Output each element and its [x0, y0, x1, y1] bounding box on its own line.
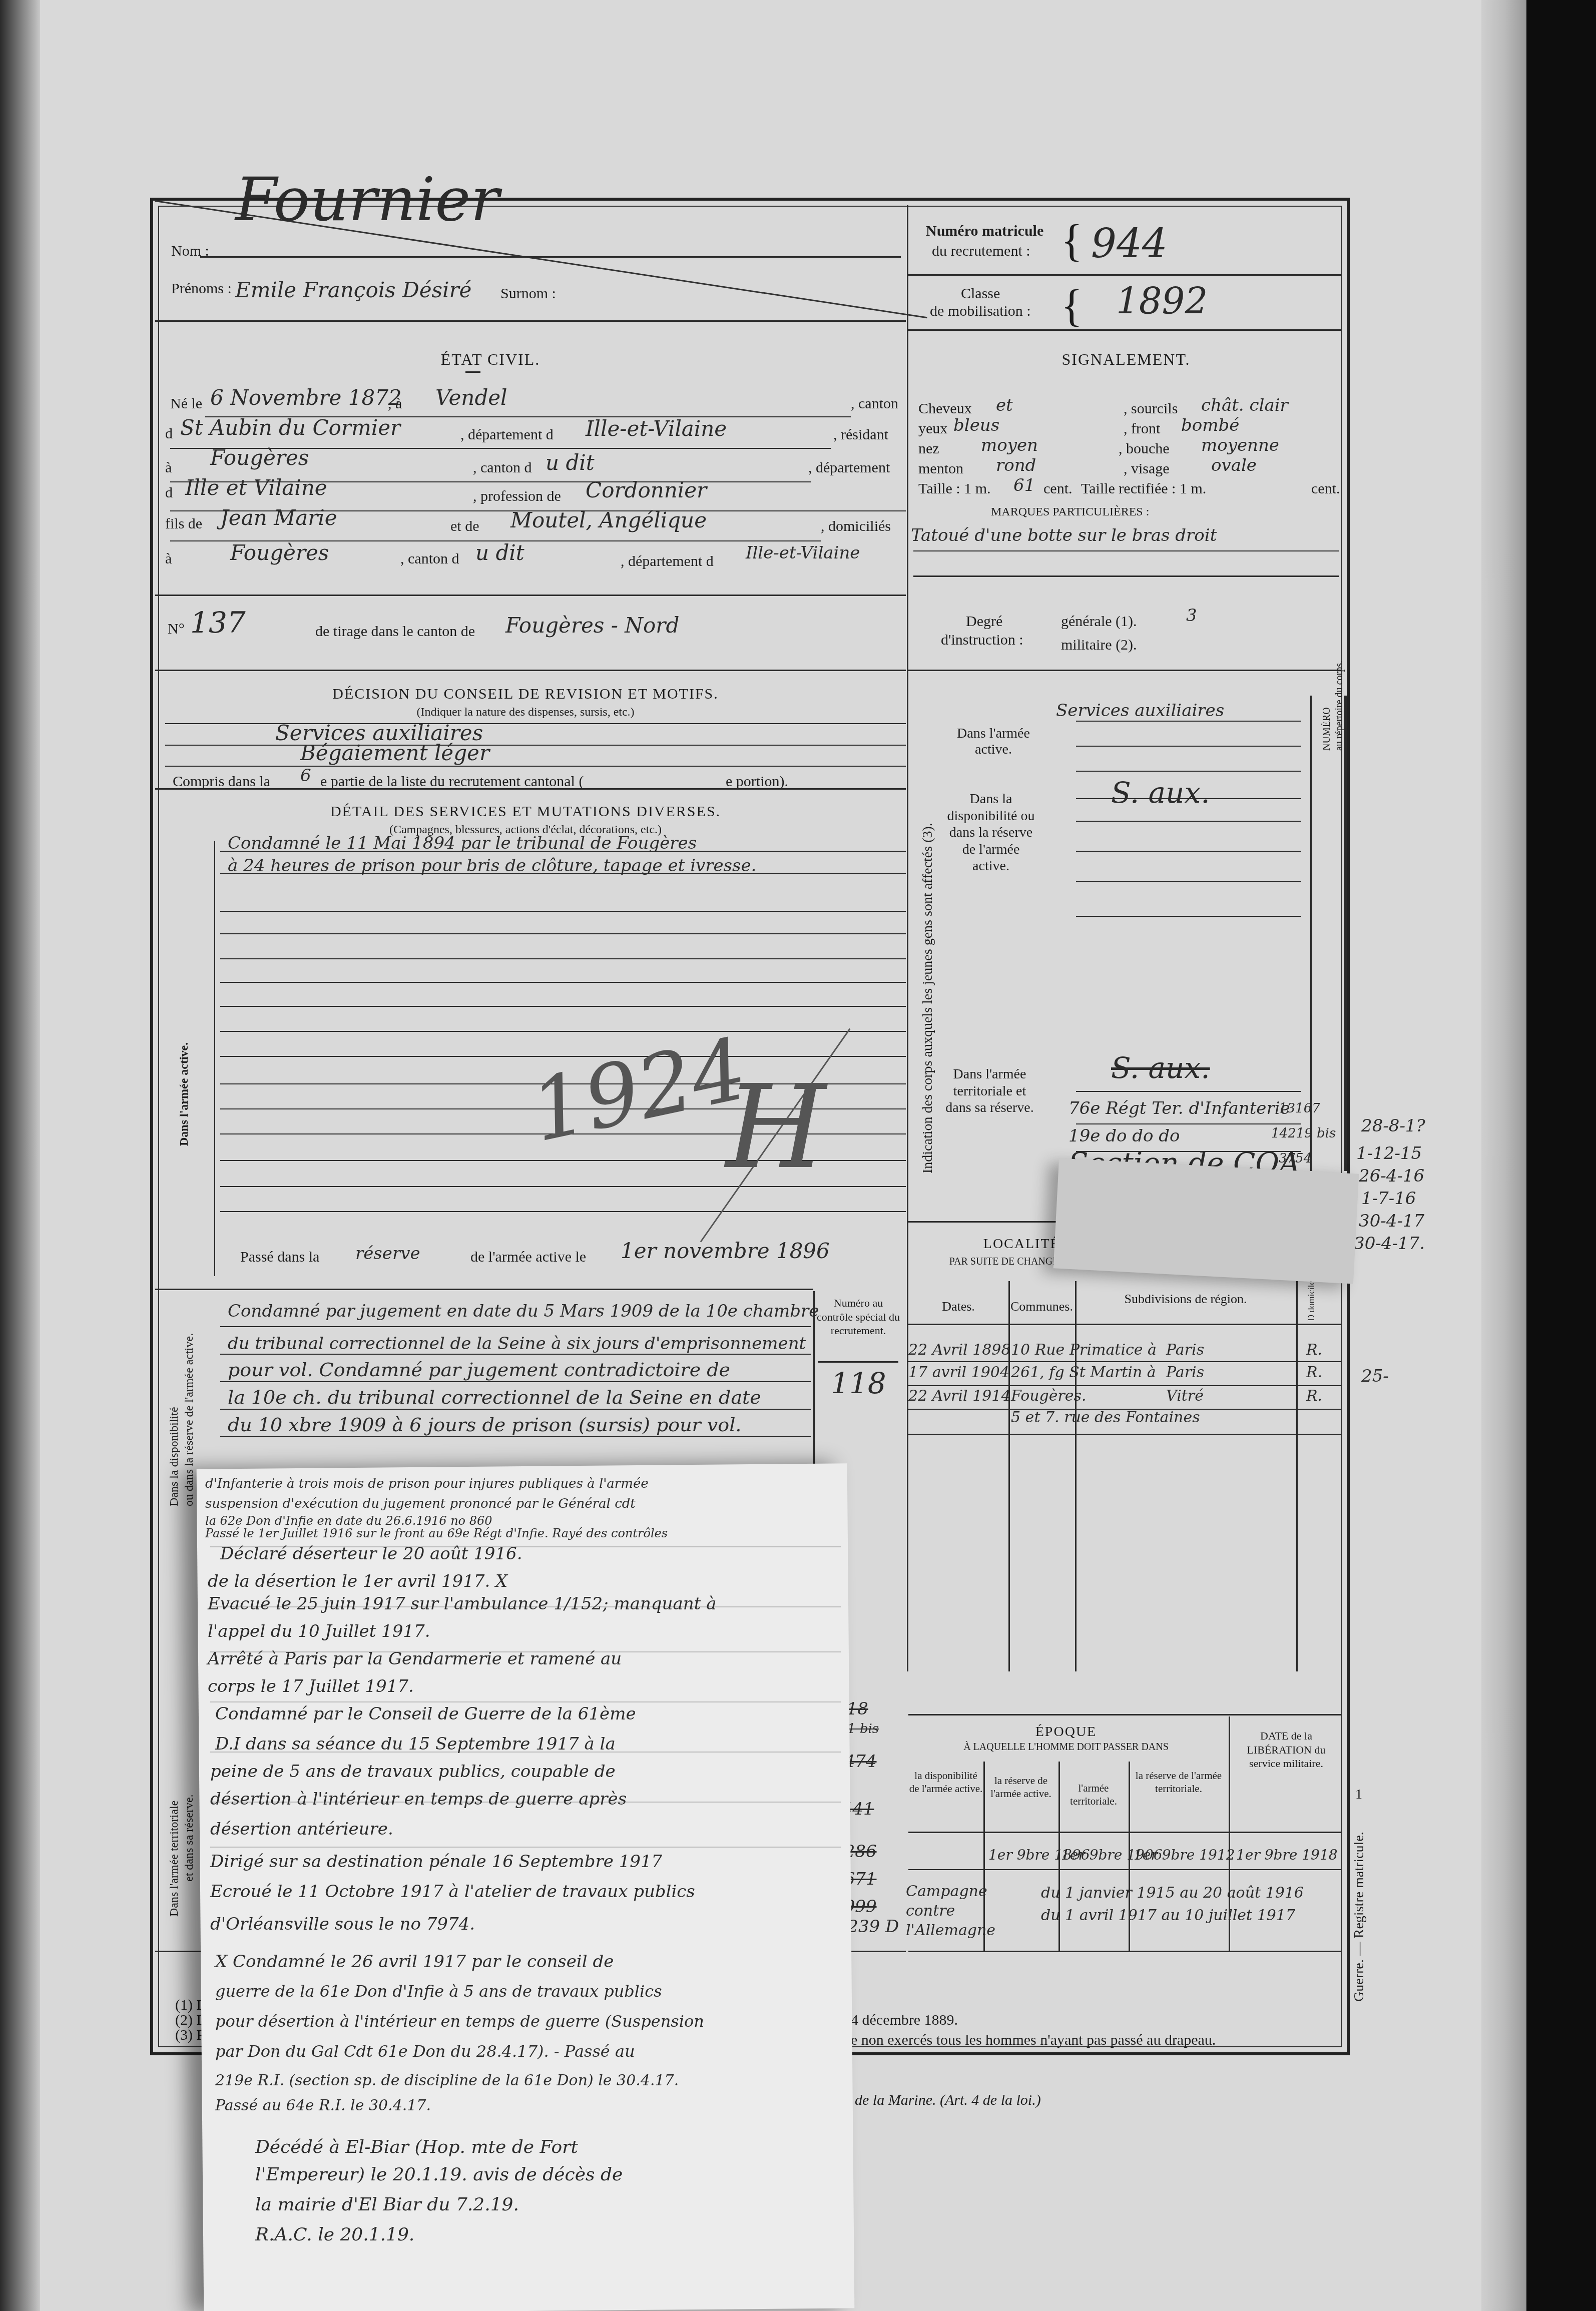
visage-value: ovale: [1211, 455, 1257, 475]
loc-row-2-dr: R.: [1306, 1364, 1322, 1381]
liberation-header: DATE de la LIBÉRATION du service militai…: [1231, 1729, 1341, 1771]
table-divider: [1008, 1281, 1010, 1671]
departement2-value: Ille et Vilaine: [185, 475, 327, 500]
territoriale-corps-1: 76e Régt Ter. d'Infanterie: [1069, 1098, 1290, 1118]
taille-value: 61: [1013, 475, 1035, 495]
epoque-col-3: l'armée territoriale.: [1058, 1782, 1129, 1808]
dispo-line-4: la 10e ch. du tribunal correctionnel de …: [228, 1386, 761, 1408]
loc-row-1-dr: R.: [1306, 1341, 1322, 1359]
passe-date: 1er novembre 1896: [621, 1239, 830, 1263]
epoque-title: ÉPOQUE: [906, 1724, 1226, 1740]
classe-divider: [908, 329, 1341, 331]
epoque-value-4: 1er 9bre 1912: [1134, 1847, 1235, 1863]
passe-label: Passé dans la: [240, 1249, 319, 1266]
margin-date-5: 30-4-17: [1359, 1211, 1424, 1231]
slip-line-11: Condamné par le Conseil de Guerre de la …: [215, 1704, 636, 1724]
pere-value: Jean Marie: [220, 505, 337, 530]
territoriale-numero-1: 13167: [1279, 1101, 1320, 1116]
etat-civil-title: ÉTAT CIVIL.: [265, 350, 716, 369]
field-line: [165, 745, 906, 746]
canton-label: , canton: [851, 395, 898, 412]
bouche-label: , bouche: [1119, 440, 1170, 457]
departement-label: , département d: [460, 426, 554, 443]
row-line: [908, 1361, 1341, 1362]
services-title: DÉTAIL DES SERVICES ET MUTATIONS DIVERSE…: [200, 803, 851, 820]
canton2-label: , canton d: [473, 459, 531, 476]
col-dates: Dates.: [908, 1299, 1008, 1315]
affectations-side-title: Indication des corps auxquels les jeunes…: [920, 823, 936, 1174]
territoriale-numero-2: 14219 bis: [1271, 1126, 1336, 1141]
slip-line-24: Passé au 64e R.I. le 30.4.17.: [215, 2097, 431, 2114]
services-line-2: à 24 heures de prison pour bris de clôtu…: [228, 856, 756, 876]
margin-date-2: 1-12-15: [1356, 1143, 1422, 1164]
slip-line-1: d'Infanterie à trois mois de prison pour…: [205, 1476, 649, 1491]
yeux-value: bleus: [953, 415, 999, 435]
prenoms-value: Emile François Désiré: [235, 278, 471, 302]
front-value: bombé: [1181, 415, 1239, 435]
slip-line-17: Ecroué le 11 Octobre 1917 à l'atelier de…: [210, 1882, 695, 1902]
section-divider: [913, 575, 1339, 577]
dispo-side-label-1: Dans la disponibilité: [168, 1407, 181, 1506]
campagne-label: Campagne contre l'Allemagne: [906, 1882, 986, 1940]
slip-line-27: la mairie d'El Biar du 7.2.19.: [255, 2194, 519, 2215]
field-line: [220, 982, 906, 983]
services-side-label: Dans l'armée active.: [178, 1042, 191, 1146]
loc-row-2-commune: 261, fg St Martin à: [1011, 1364, 1156, 1381]
menton-value: rond: [996, 455, 1036, 475]
compris-label: Compris dans la: [173, 773, 270, 790]
cheveux-label: Cheveux: [918, 400, 972, 417]
militaire-label: militaire (2).: [1061, 637, 1137, 654]
canton3-value: u dit: [475, 540, 524, 565]
tirage-canton-value: Fougères - Nord: [505, 613, 679, 638]
footnote-2-tail: comme non exercés tous les hommes n'ayan…: [813, 2032, 1216, 2049]
taille-rect-cent: cent.: [1311, 480, 1340, 497]
paper-tape: [1053, 1158, 1359, 1284]
header-rule: [908, 1324, 1341, 1325]
menton-label: menton: [918, 460, 963, 477]
domicilies-label: , domiciliés: [821, 518, 891, 535]
slip-line-6: de la désertion le 1er avril 1917. X: [208, 1571, 507, 1591]
section-divider: [155, 1289, 813, 1290]
epoque-subtitle: À LAQUELLE L'HOMME DOIT PASSER DANS: [906, 1742, 1226, 1753]
ne-le-value: 6 Novembre 1872: [210, 385, 402, 410]
visage-label: , visage: [1124, 460, 1170, 477]
generale-label: générale (1).: [1061, 613, 1137, 630]
residant-value: Fougères: [210, 445, 309, 470]
margin-date-4: 1-7-16: [1361, 1189, 1416, 1209]
territoriale-side-label-2: et dans sa réserve.: [183, 1794, 196, 1882]
row-line: [908, 1385, 1341, 1386]
slip-rule: [210, 1701, 841, 1702]
territoriale-corps-2: 19e do do do: [1069, 1126, 1180, 1146]
field-line: [220, 1436, 811, 1437]
brace: {: [1061, 280, 1083, 332]
field-line: [913, 550, 1339, 551]
canton-value: St Aubin du Cormier: [180, 415, 400, 440]
form-right-border: [1344, 696, 1347, 1171]
field-line: [220, 911, 906, 912]
slip-line-20: guerre de la 61e Don d'Infie à 5 ans de …: [215, 1982, 662, 2001]
slip-line-19: X Condamné le 26 avril 1917 par le conse…: [215, 1952, 614, 1972]
footnote-3-marker: (3) P: [175, 2027, 205, 2044]
departement2-label: , département: [808, 459, 890, 476]
field-line: [165, 723, 906, 724]
table-divider: [1296, 1281, 1298, 1671]
slip-line-26: l'Empereur) le 20.1.19. avis de décès de: [255, 2164, 623, 2185]
header-rule: [908, 1832, 1341, 1833]
active-value: Services auxiliaires: [1056, 701, 1224, 721]
decision-subtitle: (Indiquer la nature des dispenses, sursi…: [200, 706, 851, 719]
slip-line-3: la 62e Don d'Infie en date du 26.6.1916 …: [205, 1514, 492, 1528]
field-line: [220, 958, 906, 959]
compris-value: 6: [300, 766, 311, 786]
slip-rule: [210, 1847, 841, 1848]
loc-row-1-date: 22 Avril 1898: [908, 1341, 1011, 1359]
slip-line-23: 219e R.I. (section sp. de discipline de …: [215, 2072, 679, 2089]
signalement-title: SIGNALEMENT.: [911, 350, 1341, 369]
matricule-label: Numéro matricule: [926, 223, 1043, 240]
section-divider: [908, 670, 1341, 671]
dispo-line-5: du 10 xbre 1909 à 6 jours de prison (sur…: [228, 1414, 741, 1436]
page-gutter-left: [0, 0, 40, 2311]
liberation-value: 1er 9bre 1918: [1236, 1847, 1338, 1863]
field-line: [1076, 771, 1301, 772]
active-label: Dans l'armée active.: [953, 726, 1033, 758]
matricule-divider: [908, 274, 1341, 276]
instruction-sublabel: d'instruction :: [941, 632, 1023, 649]
cheveux-value: et: [996, 395, 1013, 415]
passe-suffix: de l'armée active le: [470, 1249, 586, 1266]
matricule-sublabel: du recrutement :: [932, 243, 1030, 260]
slip-line-7: Evacué le 25 juin 1917 sur l'ambulance 1…: [208, 1594, 716, 1614]
classe-value: 1892: [1116, 280, 1208, 322]
loc-row-3-dr: R.: [1306, 1387, 1322, 1405]
residant-label: , résidant: [833, 426, 888, 443]
slip-line-18: d'Orléansville sous le no 7974.: [210, 1914, 475, 1934]
sourcils-value: chât. clair: [1201, 395, 1288, 415]
slip-line-5: Déclaré déserteur le 20 août 1916.: [220, 1544, 522, 1564]
slip-line-2: suspension d'exécution du jugement prono…: [205, 1496, 636, 1511]
field-line: [220, 1354, 811, 1355]
numero-controle-header: Numéro au contrôle spécial du recrutemen…: [816, 1296, 901, 1338]
sourcils-label: , sourcils: [1124, 400, 1178, 417]
slip-line-22: par Don du Gal Cdt 61e Don du 28.4.17). …: [215, 2042, 635, 2061]
decision-line-2: Bégaiement léger: [300, 741, 489, 765]
residant-prefix: à: [165, 459, 172, 476]
matricule-value: 944: [1091, 220, 1168, 267]
territoriale-side-label-1: Dans l'armée territoriale: [168, 1801, 181, 1917]
profession-value: Cordonnier: [586, 478, 707, 502]
margin-date-3: 26-4-16: [1359, 1166, 1424, 1186]
field-line: [220, 933, 906, 934]
nom-value: Fournier: [235, 165, 499, 235]
loc-row-3-subdivision: Vitré: [1166, 1387, 1204, 1405]
departement2-prefix: d: [165, 484, 173, 501]
field-line: [220, 1211, 906, 1212]
field-line: [220, 873, 906, 874]
side-bracket: [214, 841, 215, 1276]
dispo-value: S. aux.: [1111, 776, 1210, 810]
stamp-h: H: [726, 1061, 826, 1195]
et-de-label: et de: [450, 518, 479, 535]
slip-line-13: peine de 5 ans de travaux publics, coupa…: [210, 1762, 616, 1782]
col-subdivisions: Subdivisions de région.: [1075, 1291, 1296, 1308]
section-divider: [908, 1951, 1341, 1952]
canton2-value: u dit: [546, 450, 595, 475]
numero-column-divider: [1310, 696, 1312, 1171]
generale-value: 3: [1186, 606, 1197, 626]
campagne-line-1: du 1 janvier 1915 au 20 août 1916: [1041, 1884, 1304, 1902]
slip-line-9: Arrêté à Paris par la Gendarmerie et ram…: [208, 1649, 622, 1669]
numero-label: NUMÉRO: [1321, 707, 1333, 751]
numero-controle-value: 118: [831, 1366, 886, 1400]
col-communes: Communes.: [1008, 1299, 1075, 1315]
field-line: [220, 1006, 906, 1007]
field-line: [165, 766, 906, 767]
slip-line-21: pour désertion à l'intérieur en temps de…: [215, 2012, 704, 2031]
margin-date-1: 28-8-1?: [1361, 1116, 1425, 1136]
dispo-line-3: pour vol. Condamné par jugement contradi…: [228, 1359, 730, 1381]
section-divider: [908, 1714, 1341, 1715]
header-rule: [818, 1361, 898, 1363]
scan-background: [1526, 0, 1596, 2311]
epoque-col-2: la réserve de l'armée active.: [983, 1774, 1058, 1801]
field-line: [1076, 916, 1301, 917]
yeux-label: yeux: [918, 420, 947, 437]
field-line: [220, 1326, 811, 1327]
canton3-label: , canton d: [400, 550, 459, 567]
compris-suffix: e partie de la liste du recrutement cant…: [320, 773, 584, 790]
tirage-no-value: 137: [190, 606, 246, 640]
slip-line-12: D.I dans sa séance du 15 Septembre 1917 …: [215, 1734, 616, 1754]
fils-de-label: fils de: [165, 515, 202, 532]
slip-line-16: Dirigé sur sa destination pénale 16 Sept…: [210, 1852, 662, 1872]
instruction-label: Degré: [966, 613, 1002, 630]
loc-row-2-date: 17 avril 1904: [908, 1364, 1009, 1381]
tirage-label: de tirage dans le canton de: [315, 623, 475, 640]
dispo-line-2: du tribunal correctionnel de la Seine à …: [228, 1334, 806, 1354]
nez-value: moyen: [981, 435, 1038, 455]
nom-underline: [200, 256, 901, 258]
territoriale-numero-3: 3754: [1279, 1151, 1312, 1166]
classe-sublabel: de mobilisation :: [930, 303, 1031, 320]
field-line: [220, 851, 906, 852]
domicile-prefix: à: [165, 550, 172, 567]
passe-value: réserve: [355, 1244, 420, 1264]
brace: {: [1061, 215, 1083, 267]
loc-margin-note: 25-: [1361, 1366, 1389, 1386]
field-line: [1076, 1091, 1301, 1092]
dispo-label: Dans la disponibilité ou dans la réserve…: [946, 791, 1036, 875]
field-line: [1076, 881, 1301, 882]
bouche-value: moyenne: [1201, 435, 1279, 455]
header-divider: [155, 320, 906, 322]
canton-prefix: d: [165, 425, 173, 442]
services-line-1: Condamné le 11 Mai 1894 par le tribunal …: [228, 833, 697, 853]
loc-row-1-subdivision: Paris: [1166, 1341, 1204, 1359]
slip-line-4: Passé le 1er Juillet 1916 sur le front a…: [205, 1526, 668, 1540]
prenoms-label: Prénoms :: [171, 280, 232, 297]
slip-line-8: l'appel du 10 Juillet 1917.: [208, 1621, 430, 1641]
section-divider: [155, 595, 906, 596]
field-line: [1076, 821, 1301, 822]
a-label: , à: [388, 395, 402, 412]
classe-label: Classe: [961, 285, 1000, 302]
portion-suffix: e portion).: [726, 773, 788, 790]
departement-value: Ille-et-Vilaine: [586, 416, 727, 441]
loc-row-1-commune: 10 Rue Primatice à: [1011, 1341, 1157, 1359]
marques-value: Tatoué d'une botte sur le bras droit: [911, 525, 1217, 545]
departement3-label: , département d: [621, 553, 714, 570]
slip-line-10: corps le 17 Juillet 1917.: [208, 1676, 414, 1696]
field-line: [220, 1381, 811, 1382]
decision-title: DÉCISION DU CONSEIL DE REVISION ET MOTIF…: [200, 686, 851, 703]
mere-value: Moutel, Angélique: [510, 508, 707, 532]
loc-row-4-commune: 5 et 7. rue des Fontaines: [1011, 1409, 1200, 1426]
surnom-label: Surnom :: [500, 285, 556, 302]
field-line: [1076, 1123, 1301, 1124]
loc-row-2-subdivision: Paris: [1166, 1364, 1204, 1381]
taille-rect-label: Taille rectifiée : 1 m.: [1081, 480, 1206, 497]
taille-label: Taille : 1 m.: [918, 480, 991, 497]
table-divider: [1075, 1281, 1077, 1671]
slip-line-25: Décédé à El-Biar (Hop. mte de Fort: [255, 2137, 578, 2157]
taille-cent: cent.: [1043, 480, 1072, 497]
front-label: , front: [1124, 420, 1160, 437]
territoriale-struck: S. aux.: [1111, 1051, 1210, 1085]
campagne-line-2: du 1 avril 1917 au 10 juillet 1917: [1041, 1907, 1295, 1924]
field-line: [220, 1031, 906, 1032]
territoriale-label: Dans l'armée territoriale et dans sa rés…: [943, 1066, 1036, 1116]
epoque-col-1: la disponibilité de l'armée active.: [908, 1769, 983, 1796]
nez-label: nez: [918, 440, 939, 457]
row-line: [908, 1434, 1341, 1435]
row-line: [908, 1869, 1341, 1870]
loc-row-3-date: 22 Avril 1914: [908, 1387, 1011, 1405]
loc-row-3-commune: Fougères.: [1011, 1387, 1087, 1405]
field-line: [220, 1409, 811, 1410]
profession-label: , profession de: [473, 488, 561, 505]
departement3-value: Ille-et-Vilaine: [746, 543, 860, 563]
field-line: [1076, 746, 1301, 747]
domicile-value: Fougères: [230, 540, 329, 565]
page-edge-right: [1481, 0, 1526, 2311]
marques-title: MARQUES PARTICULIÈRES :: [991, 505, 1149, 519]
title-rule: [465, 371, 480, 373]
register-side-text: Guerre. — Registre matricule.: [1351, 1832, 1367, 2002]
field-line: [1076, 851, 1301, 852]
epoque-col-4: la réserve de l'armée territoriale.: [1129, 1769, 1229, 1796]
dispo-side-label-2: ou dans la réserve de l'armée active.: [183, 1333, 196, 1506]
slip-line-14: désertion à l'intérieur en temps de guer…: [210, 1789, 627, 1809]
section-divider: [155, 788, 906, 790]
register-page-number: 1: [1355, 1787, 1362, 1803]
slip-line-15: désertion antérieure.: [210, 1819, 393, 1839]
birthplace-value: Vendel: [435, 385, 507, 410]
slip-line-28: R.A.C. le 20.1.19.: [255, 2224, 414, 2245]
tirage-no-label: N°: [168, 621, 185, 638]
margin-date-6: 30-4-17.: [1354, 1234, 1425, 1254]
ne-le-label: Né le: [170, 395, 202, 412]
column-divider: [907, 205, 908, 1286]
field-line: [1076, 721, 1301, 722]
section-divider: [155, 670, 906, 671]
dispo-line-1: Condamné par jugement en date du 5 Mars …: [228, 1301, 819, 1321]
